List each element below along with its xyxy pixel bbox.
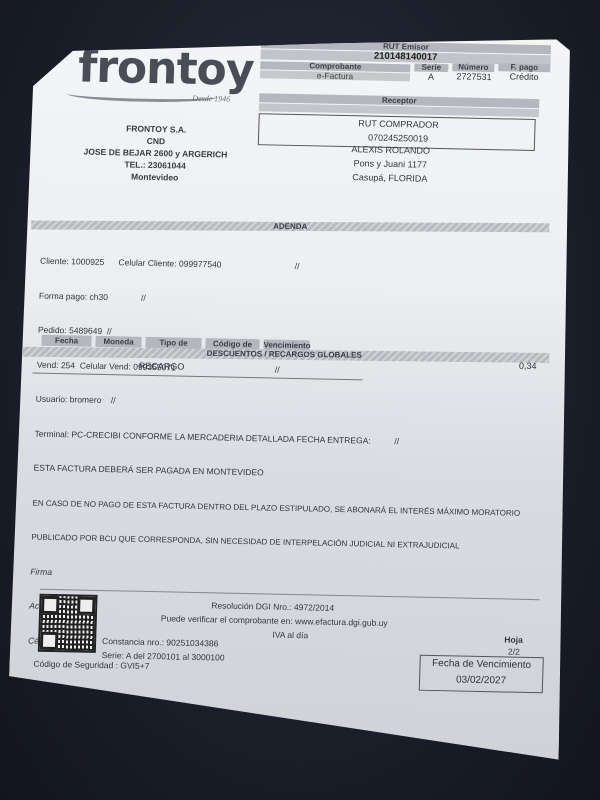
adenda-header: ADENDA	[31, 221, 549, 233]
serie-value: A	[414, 71, 448, 82]
qr-finder-icon	[40, 632, 59, 650]
adenda-line: Cliente: 1000925 Celular Cliente: 099977…	[40, 256, 528, 278]
hoja-value: 2/2	[508, 647, 520, 657]
descuentos-label: DESCUENTOS / RECARGOS GLOBALES	[207, 349, 362, 360]
adenda-line: Terminal: PC-CRECIBI CONFORME LA MERCADE…	[34, 428, 522, 450]
adenda-line: EN CASO DE NO PAGO DE ESTA FACTURA DENTR…	[32, 497, 520, 519]
comprobante-value: e-Factura	[260, 70, 410, 81]
adenda-line: Pedido: 5489649 //	[38, 325, 526, 347]
adenda-line: Usuario: bromero //	[36, 394, 524, 416]
adenda-label: ADENDA	[273, 222, 307, 231]
adenda-line: PUBLICADO POR BCU QUE CORRESPONDA, SIN N…	[31, 532, 519, 554]
receptor-city: Casupá, FLORIDA	[315, 170, 465, 186]
emisor-block: FRONTOY S.A. CND JOSE DE BEJAR 2600 y AR…	[75, 121, 237, 184]
vencimiento-box: Fecha de Vencimiento 03/02/2027	[419, 655, 544, 694]
emisor-city: Montevideo	[75, 169, 235, 184]
vencimiento-label: Fecha de Vencimiento	[420, 656, 542, 675]
recargo-label: RECARGO	[139, 361, 185, 372]
hoja-label: Hoja	[504, 634, 523, 644]
adenda-firma: Firma	[30, 566, 518, 588]
recargo-amount: 0,34	[519, 361, 537, 371]
invoice-paper: frontoy Desde 1946 RUT Emisor 2101481400…	[7, 28, 581, 759]
qr-finder-icon	[77, 597, 96, 615]
vencimiento-date: 03/02/2027	[420, 672, 542, 691]
brand-tagline: Desde 1946	[192, 94, 230, 104]
adenda-line: Forma pago: ch30 //	[39, 290, 527, 312]
adenda-text: Cliente: 1000925 Celular Cliente: 099977…	[27, 233, 528, 680]
iva-al-dia: IVA al día	[272, 630, 308, 641]
fpago-value: Crédito	[498, 71, 550, 82]
qr-code	[38, 594, 98, 653]
adenda-line: ESTA FACTURA DEBERÁ SER PAGADA EN MONTEV…	[33, 463, 521, 485]
numero-value: 2727531	[452, 71, 496, 82]
qr-finder-icon	[41, 596, 60, 614]
